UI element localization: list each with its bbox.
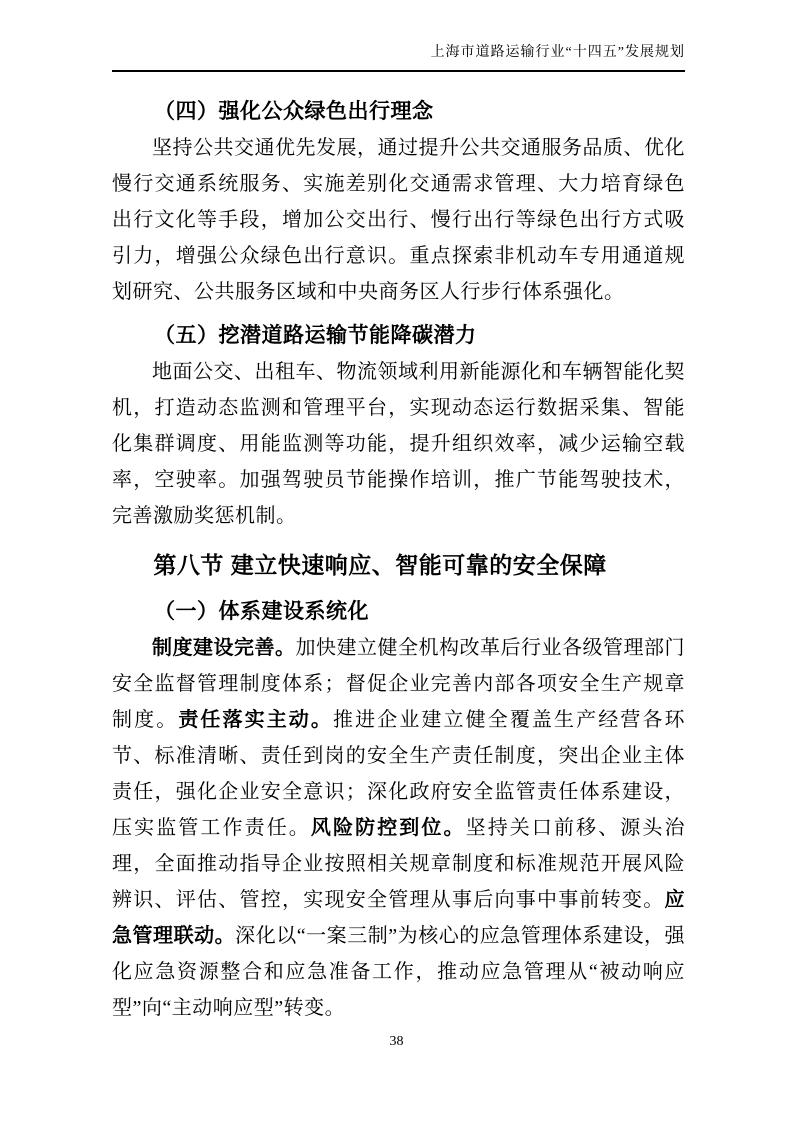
emphasis-run: 制度建设完善。	[152, 637, 296, 659]
text-run: 地面公交、出租车、物流领域利用新能源化和车辆智能化契机，打造动态监测和管理平台，…	[112, 361, 685, 527]
text-run: 坚持公共交通优先发展，通过提升公共交通服务品质、优化慢行交通系统服务、实施差别化…	[112, 137, 685, 303]
paragraph-safety: 制度建设完善。加快建立健全机构改革后行业各级管理部门安全监督管理制度体系；督促企…	[112, 630, 685, 1026]
page-header: 上海市道路运输行业“十四五”发展规划	[112, 42, 685, 72]
emphasis-run: 责任落实主动。	[178, 709, 333, 731]
page-footer: 38	[0, 1032, 793, 1052]
section-heading-1: （一）体系建设系统化	[112, 594, 685, 630]
header-title: 上海市道路运输行业“十四五”发展规划	[431, 45, 685, 60]
paragraph-green-travel: 坚持公共交通优先发展，通过提升公共交通服务品质、优化慢行交通系统服务、实施差别化…	[112, 130, 685, 310]
page-number: 38	[390, 1034, 404, 1049]
section-heading-4: （四）强化公众绿色出行理念	[112, 94, 685, 130]
paragraph-energy-saving: 地面公交、出租车、物流领域利用新能源化和车辆智能化契机，打造动态监测和管理平台，…	[112, 354, 685, 534]
section-heading-5: （五）挖潜道路运输节能降碳潜力	[112, 318, 685, 354]
chapter-heading: 第八节 建立快速响应、智能可靠的安全保障	[112, 544, 685, 586]
document-body: （四）强化公众绿色出行理念 坚持公共交通优先发展，通过提升公共交通服务品质、优化…	[112, 86, 685, 1026]
emphasis-run: 风险防控到位。	[311, 817, 466, 839]
document-page: 上海市道路运输行业“十四五”发展规划 （四）强化公众绿色出行理念 坚持公共交通优…	[0, 0, 793, 1123]
